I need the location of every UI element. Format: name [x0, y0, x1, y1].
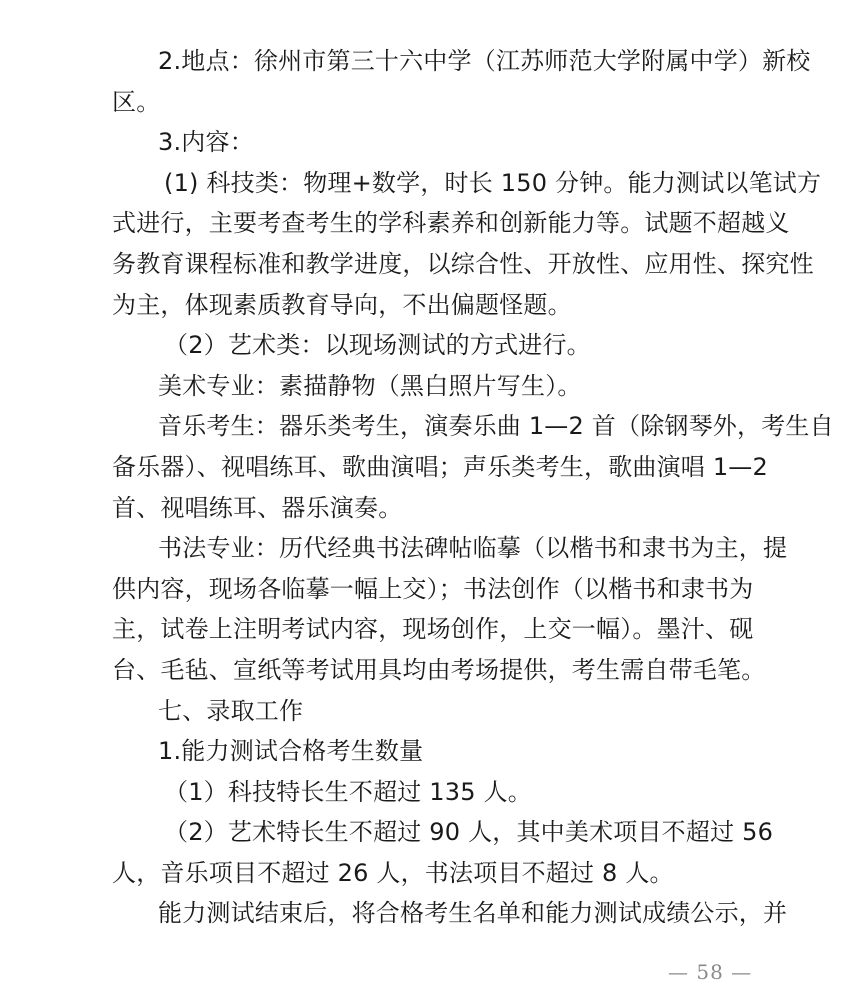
paragraph-tech-cont: 务教育课程标准和教学进度，以综合性、开放性、应用性、探究性	[112, 244, 756, 285]
paragraph-art-quota: （2）艺术特长生不超过 90 人，其中美术项目不超过 56	[112, 812, 756, 853]
paragraph-location-cont: 区。	[112, 82, 756, 123]
paragraph-art-quota-cont: 人，音乐项目不超过 26 人，书法项目不超过 8 人。	[112, 853, 756, 894]
subheading-qualified-count: 1.能力测试合格考生数量	[112, 731, 756, 772]
paragraph-location: 2.地点：徐州市第三十六中学（江苏师范大学附属中学）新校	[112, 41, 756, 82]
paragraph-fine-arts: 美术专业：素描静物（黑白照片写生）。	[112, 366, 756, 407]
paragraph-calligraphy-cont: 台、毛毡、宣纸等考试用具均由考场提供，考生需自带毛笔。	[112, 650, 756, 691]
paragraph-tech-cont: 式进行，主要考查考生的学科素养和创新能力等。试题不超越义	[112, 203, 756, 244]
document-body: 2.地点：徐州市第三十六中学（江苏师范大学附属中学）新校 区。 3.内容： (1…	[112, 41, 756, 934]
page-number: — 58 —	[668, 960, 752, 984]
heading-content: 3.内容：	[112, 122, 756, 163]
paragraph-tech-cont: 为主，体现素质教育导向，不出偏题怪题。	[112, 285, 756, 326]
paragraph-calligraphy: 书法专业：历代经典书法碑帖临摹（以楷书和隶书为主，提	[112, 528, 756, 569]
paragraph-music: 音乐考生：器乐类考生，演奏乐曲 1—2 首（除钢琴外，考生自	[112, 406, 756, 447]
paragraph-tech: (1) 科技类：物理+数学，时长 150 分钟。能力测试以笔试方	[112, 163, 756, 204]
paragraph-calligraphy-cont: 主，试卷上注明考试内容，现场创作，上交一幅）。墨汁、砚	[112, 609, 756, 650]
paragraph-art: （2）艺术类：以现场测试的方式进行。	[112, 325, 756, 366]
paragraph-calligraphy-cont: 供内容，现场各临摹一幅上交）；书法创作（以楷书和隶书为	[112, 569, 756, 610]
paragraph-music-cont: 备乐器）、视唱练耳、歌曲演唱；声乐类考生，歌曲演唱 1—2	[112, 447, 756, 488]
section-heading-admission: 七、录取工作	[112, 691, 756, 732]
paragraph-music-cont: 首、视唱练耳、器乐演奏。	[112, 488, 756, 529]
paragraph-publicity: 能力测试结束后，将合格考生名单和能力测试成绩公示，并	[112, 893, 756, 934]
paragraph-tech-quota: （1）科技特长生不超过 135 人。	[112, 772, 756, 813]
